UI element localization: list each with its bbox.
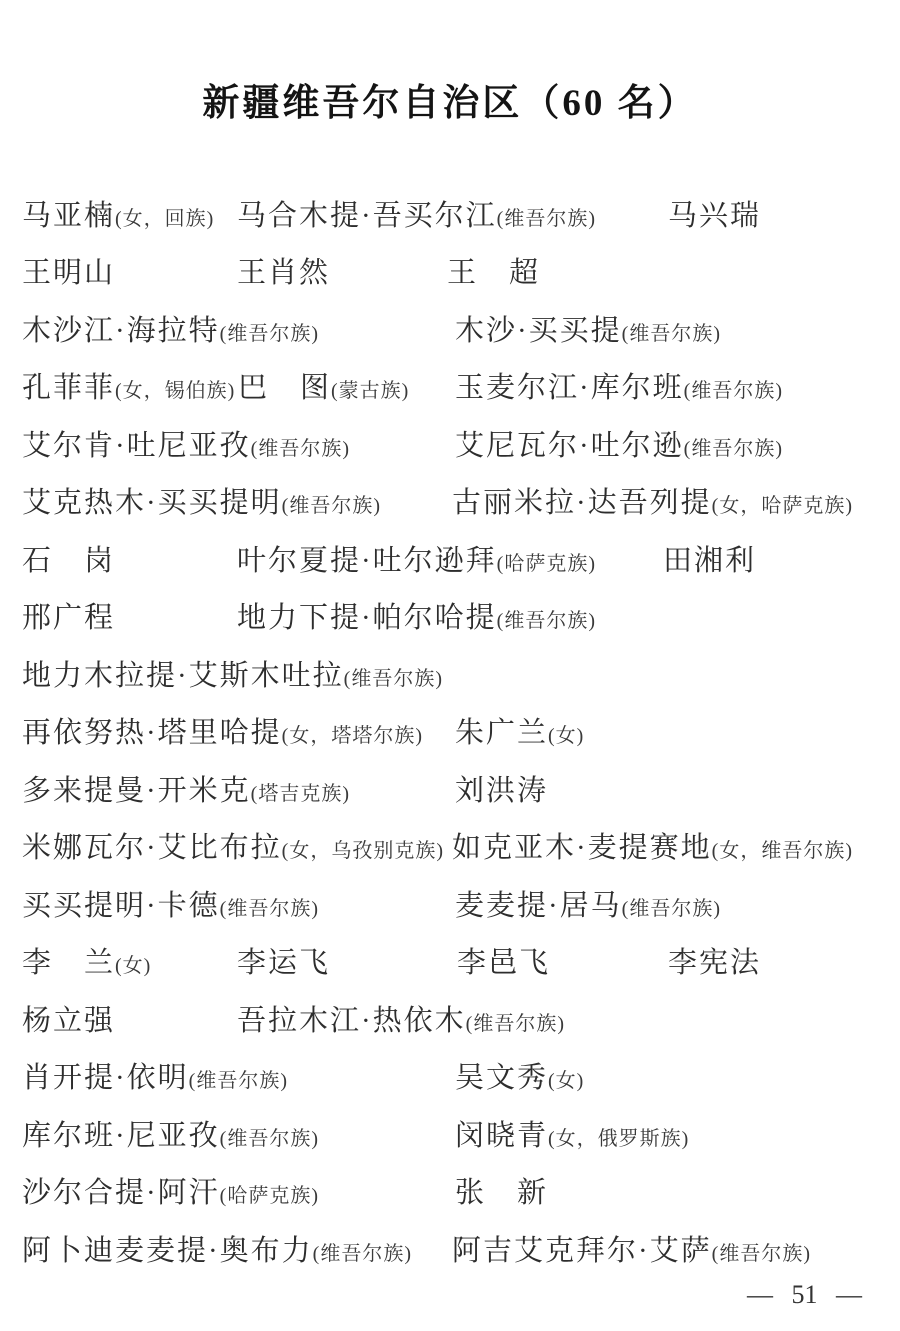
delegate-name: 朱广兰	[455, 717, 548, 749]
delegate-entry: 李宪法	[668, 940, 761, 981]
delegate-name: 王明山	[22, 257, 115, 289]
delegate-entry: 古丽米拉·达吾列提(女，哈萨克族)	[452, 480, 853, 521]
delegate-entry: 木沙·买买提(维吾尔族)	[455, 308, 721, 349]
delegate-name: 李运飞	[237, 947, 330, 979]
delegate-entry: 邢广程	[22, 595, 115, 636]
delegate-entry: 王明山	[22, 250, 115, 291]
delegate-entry: 米娜瓦尔·艾比布拉(女，乌孜别克族)	[22, 825, 444, 866]
delegate-name: 李 兰	[22, 947, 115, 979]
ethnicity-gender-note: (维吾尔族)	[282, 495, 381, 517]
ethnicity-gender-note: (蒙古族)	[331, 380, 409, 402]
name-row: 沙尔合提·阿汗(哈萨克族)张 新	[0, 1170, 900, 1210]
ethnicity-gender-note: (女)	[548, 1070, 584, 1092]
name-row: 多来提曼·开米克(塔吉克族)刘洪涛	[0, 768, 900, 808]
delegate-name: 杨立强	[22, 1005, 115, 1037]
delegate-entry: 王 超	[447, 250, 540, 291]
ethnicity-gender-note: (维吾尔族)	[497, 208, 596, 230]
delegate-entry: 刘洪涛	[455, 768, 548, 809]
delegate-name: 如克亚木·麦提赛地	[452, 832, 712, 864]
delegate-name: 库尔班·尼亚孜	[22, 1120, 220, 1152]
delegate-entry: 张 新	[455, 1170, 548, 1211]
delegate-entry: 买买提明·卡德(维吾尔族)	[22, 883, 319, 924]
delegate-entry: 麦麦提·居马(维吾尔族)	[455, 883, 721, 924]
ethnicity-gender-note: (维吾尔族)	[344, 668, 443, 690]
name-row: 木沙江·海拉特(维吾尔族)木沙·买买提(维吾尔族)	[0, 308, 900, 348]
delegate-name: 再依努热·塔里哈提	[22, 717, 282, 749]
delegate-entry: 马亚楠(女，回族)	[22, 193, 214, 234]
delegate-name: 艾克热木·买买提明	[22, 487, 282, 519]
ethnicity-gender-note: (维吾尔族)	[220, 1128, 319, 1150]
delegate-name: 阿吉艾克拜尔·艾萨	[452, 1235, 712, 1267]
name-row: 李 兰(女)李运飞李邑飞李宪法	[0, 940, 900, 980]
delegate-entry: 孔菲菲(女，锡伯族)	[22, 365, 235, 406]
ethnicity-gender-note: (女)	[115, 955, 151, 977]
delegate-name: 邢广程	[22, 602, 115, 634]
delegate-entry: 李 兰(女)	[22, 940, 151, 981]
name-row: 邢广程地力下提·帕尔哈提(维吾尔族)	[0, 595, 900, 635]
delegate-name: 吴文秀	[455, 1062, 548, 1094]
delegate-entry: 巴 图(蒙古族)	[238, 365, 409, 406]
delegate-entry: 如克亚木·麦提赛地(女，维吾尔族)	[452, 825, 853, 866]
delegate-name: 古丽米拉·达吾列提	[452, 487, 712, 519]
delegate-name: 王肖然	[237, 257, 330, 289]
delegate-entry: 再依努热·塔里哈提(女，塔塔尔族)	[22, 710, 423, 751]
delegate-name: 李邑飞	[457, 947, 550, 979]
delegate-entry: 李运飞	[237, 940, 330, 981]
delegate-name: 多来提曼·开米克	[22, 775, 251, 807]
delegate-name: 艾尔肯·吐尼亚孜	[22, 430, 251, 462]
ethnicity-gender-note: (维吾尔族)	[622, 323, 721, 345]
name-row: 王明山王肖然王 超	[0, 250, 900, 290]
delegate-name: 沙尔合提·阿汗	[22, 1177, 220, 1209]
name-row: 杨立强吾拉木江·热依木(维吾尔族)	[0, 998, 900, 1038]
ethnicity-gender-note: (维吾尔族)	[466, 1013, 565, 1035]
delegate-name: 闵晓青	[455, 1120, 548, 1152]
ethnicity-gender-note: (女)	[548, 725, 584, 747]
delegate-name: 马兴瑞	[668, 200, 761, 232]
delegate-entry: 木沙江·海拉特(维吾尔族)	[22, 308, 319, 349]
delegate-name: 阿卜迪麦麦提·奥布力	[22, 1235, 313, 1267]
delegate-entry: 马合木提·吾买尔江(维吾尔族)	[237, 193, 596, 234]
ethnicity-gender-note: (维吾尔族)	[712, 1243, 811, 1265]
delegate-name: 田湘利	[663, 545, 756, 577]
page-number: — 51 —	[747, 1280, 862, 1310]
delegate-entry: 王肖然	[237, 250, 330, 291]
ethnicity-gender-note: (维吾尔族)	[497, 610, 596, 632]
delegate-name: 刘洪涛	[455, 775, 548, 807]
name-row: 再依努热·塔里哈提(女，塔塔尔族)朱广兰(女)	[0, 710, 900, 750]
delegate-entry: 田湘利	[663, 538, 756, 579]
delegate-entry: 杨立强	[22, 998, 115, 1039]
ethnicity-gender-note: (女，俄罗斯族)	[548, 1128, 689, 1150]
document-page: 新疆维吾尔自治区（60 名） 马亚楠(女，回族)马合木提·吾买尔江(维吾尔族)马…	[0, 0, 900, 1331]
name-row: 肖开提·依明(维吾尔族)吴文秀(女)	[0, 1055, 900, 1095]
delegate-entry: 马兴瑞	[668, 193, 761, 234]
delegate-entry: 地力木拉提·艾斯木吐拉(维吾尔族)	[22, 653, 443, 694]
delegate-entry: 艾尼瓦尔·吐尔逊(维吾尔族)	[455, 423, 783, 464]
delegate-name: 巴 图	[238, 372, 331, 404]
delegate-entry: 艾尔肯·吐尼亚孜(维吾尔族)	[22, 423, 350, 464]
delegate-name: 马合木提·吾买尔江	[237, 200, 497, 232]
ethnicity-gender-note: (维吾尔族)	[220, 898, 319, 920]
name-row: 买买提明·卡德(维吾尔族)麦麦提·居马(维吾尔族)	[0, 883, 900, 923]
ethnicity-gender-note: (女，回族)	[115, 208, 214, 230]
delegate-entry: 叶尔夏提·吐尔逊拜(哈萨克族)	[237, 538, 596, 579]
delegate-entry: 吴文秀(女)	[455, 1055, 584, 1096]
name-row: 孔菲菲(女，锡伯族)巴 图(蒙古族)玉麦尔江·库尔班(维吾尔族)	[0, 365, 900, 405]
delegate-entry: 库尔班·尼亚孜(维吾尔族)	[22, 1113, 319, 1154]
ethnicity-gender-note: (女，乌孜别克族)	[282, 840, 444, 862]
name-row: 艾尔肯·吐尼亚孜(维吾尔族)艾尼瓦尔·吐尔逊(维吾尔族)	[0, 423, 900, 463]
delegate-entry: 阿卜迪麦麦提·奥布力(维吾尔族)	[22, 1228, 412, 1269]
delegate-name: 肖开提·依明	[22, 1062, 189, 1094]
ethnicity-gender-note: (维吾尔族)	[189, 1070, 288, 1092]
delegate-entry: 朱广兰(女)	[455, 710, 584, 751]
name-rows: 马亚楠(女，回族)马合木提·吾买尔江(维吾尔族)马兴瑞王明山王肖然王 超木沙江·…	[0, 0, 900, 1331]
name-row: 米娜瓦尔·艾比布拉(女，乌孜别克族)如克亚木·麦提赛地(女，维吾尔族)	[0, 825, 900, 865]
delegate-name: 地力下提·帕尔哈提	[237, 602, 497, 634]
delegate-name: 叶尔夏提·吐尔逊拜	[237, 545, 497, 577]
delegate-entry: 石 岗	[22, 538, 115, 579]
delegate-entry: 玉麦尔江·库尔班(维吾尔族)	[455, 365, 783, 406]
name-row: 阿卜迪麦麦提·奥布力(维吾尔族)阿吉艾克拜尔·艾萨(维吾尔族)	[0, 1228, 900, 1268]
delegate-entry: 闵晓青(女，俄罗斯族)	[455, 1113, 689, 1154]
ethnicity-gender-note: (女，塔塔尔族)	[282, 725, 423, 747]
delegate-entry: 沙尔合提·阿汗(哈萨克族)	[22, 1170, 319, 1211]
ethnicity-gender-note: (哈萨克族)	[220, 1185, 319, 1207]
delegate-entry: 吾拉木江·热依木(维吾尔族)	[237, 998, 565, 1039]
delegate-name: 木沙·买买提	[455, 315, 622, 347]
ethnicity-gender-note: (女，哈萨克族)	[712, 495, 853, 517]
delegate-name: 孔菲菲	[22, 372, 115, 404]
delegate-name: 买买提明·卡德	[22, 890, 220, 922]
delegate-name: 李宪法	[668, 947, 761, 979]
delegate-name: 麦麦提·居马	[455, 890, 622, 922]
delegate-name: 张 新	[455, 1177, 548, 1209]
name-row: 石 岗叶尔夏提·吐尔逊拜(哈萨克族)田湘利	[0, 538, 900, 578]
delegate-entry: 地力下提·帕尔哈提(维吾尔族)	[237, 595, 596, 636]
ethnicity-gender-note: (维吾尔族)	[622, 898, 721, 920]
name-row: 库尔班·尼亚孜(维吾尔族)闵晓青(女，俄罗斯族)	[0, 1113, 900, 1153]
delegate-name: 王 超	[447, 257, 540, 289]
name-row: 艾克热木·买买提明(维吾尔族)古丽米拉·达吾列提(女，哈萨克族)	[0, 480, 900, 520]
delegate-name: 木沙江·海拉特	[22, 315, 220, 347]
name-row: 地力木拉提·艾斯木吐拉(维吾尔族)	[0, 653, 900, 693]
ethnicity-gender-note: (女，维吾尔族)	[712, 840, 853, 862]
name-row: 马亚楠(女，回族)马合木提·吾买尔江(维吾尔族)马兴瑞	[0, 193, 900, 233]
delegate-name: 米娜瓦尔·艾比布拉	[22, 832, 282, 864]
ethnicity-gender-note: (维吾尔族)	[251, 438, 350, 460]
ethnicity-gender-note: (塔吉克族)	[251, 783, 350, 805]
delegate-entry: 艾克热木·买买提明(维吾尔族)	[22, 480, 381, 521]
delegate-name: 吾拉木江·热依木	[237, 1005, 466, 1037]
delegate-name: 艾尼瓦尔·吐尔逊	[455, 430, 684, 462]
ethnicity-gender-note: (哈萨克族)	[497, 553, 596, 575]
delegate-entry: 肖开提·依明(维吾尔族)	[22, 1055, 288, 1096]
delegate-name: 地力木拉提·艾斯木吐拉	[22, 660, 344, 692]
delegate-entry: 阿吉艾克拜尔·艾萨(维吾尔族)	[452, 1228, 811, 1269]
delegate-entry: 多来提曼·开米克(塔吉克族)	[22, 768, 350, 809]
ethnicity-gender-note: (维吾尔族)	[313, 1243, 412, 1265]
delegate-entry: 李邑飞	[457, 940, 550, 981]
delegate-name: 玉麦尔江·库尔班	[455, 372, 684, 404]
delegate-name: 马亚楠	[22, 200, 115, 232]
ethnicity-gender-note: (女，锡伯族)	[115, 380, 235, 402]
ethnicity-gender-note: (维吾尔族)	[684, 380, 783, 402]
delegate-name: 石 岗	[22, 545, 115, 577]
ethnicity-gender-note: (维吾尔族)	[220, 323, 319, 345]
ethnicity-gender-note: (维吾尔族)	[684, 438, 783, 460]
